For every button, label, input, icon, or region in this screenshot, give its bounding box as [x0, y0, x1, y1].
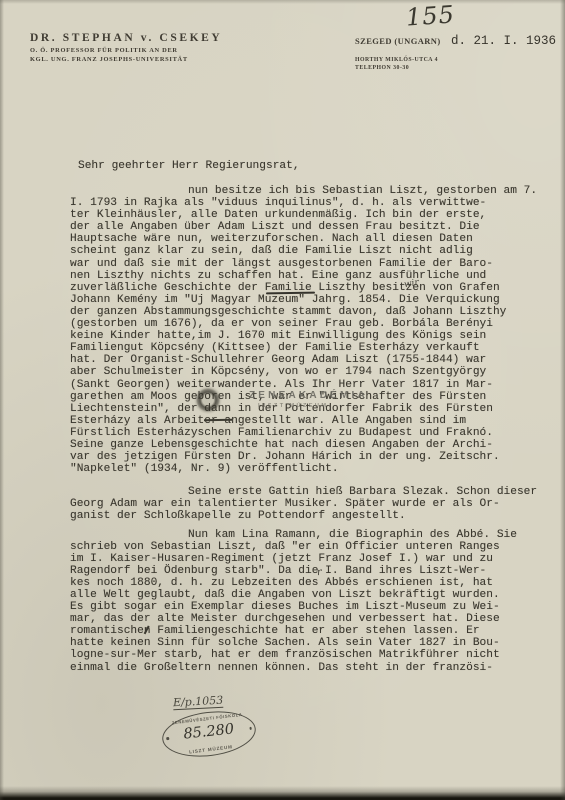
letter-line: ter Kleinhäusler, alle Daten urkundenmäß…: [70, 209, 540, 221]
letter-line: (gestorben um 1676), da er von seiner Fr…: [70, 318, 540, 330]
letter-line: der ganzen Abstammungsgeschichte stammt …: [70, 306, 540, 318]
letter-line: der alle Angaben über Adam Liszt und des…: [70, 221, 540, 233]
letter-line: hatte keinen Sinn für solche Sachen. Als…: [70, 637, 540, 649]
letter-paragraph: Seine erste Gattin hieß Barbara Slezak. …: [70, 486, 540, 522]
letter-line: romantischen Familiengeschichte hat er a…: [70, 625, 540, 637]
oval-accession-stamp: ZENEMŰVÉSZETI FŐISKOLA 85.280 LISZT MÚZE…: [160, 706, 259, 761]
letter-line: var des jetzigen Fürsten Dr. Johann Hári…: [70, 451, 540, 463]
letter-line: nen Liszthy nichts zu schaffen hat. Eine…: [70, 270, 540, 282]
letter-paragraph: Nun kam Lina Ramann, die Biographin des …: [70, 529, 540, 674]
letter-line: (Sankt Georgen) weiterwanderte. Als Ihr …: [70, 379, 540, 391]
letterhead-name: DR. STEPHAN v. CSEKEY: [30, 32, 222, 44]
letterhead-city-date: SZEGED (UNGARN) d. 21. I. 1936: [355, 36, 556, 54]
letter-line: Georg Adam war ein talentierter Musiker.…: [70, 498, 540, 510]
letter-line: Esterházy als Arbeiter angestellt war. A…: [70, 415, 540, 427]
letter-line: kes noch 1880, d. h. zu Lebzeiten des Ab…: [70, 577, 540, 589]
letter-line: "Napkelet" (1934, Nr. 9) veröffentlicht.: [70, 463, 540, 475]
letter-line: I. 1793 in Rajka als "viduus inquilinus"…: [70, 197, 540, 209]
paper-edge-right: [560, 0, 565, 800]
letter-line: Hauptsache wäre nun, weiterzuforschen. N…: [70, 233, 540, 245]
letter-line: im I. Kaiser-Husaren-Regiment (jetzt Fra…: [70, 553, 540, 565]
letter-line: scheint ganz klar zu sein, daß die Famil…: [70, 245, 540, 257]
letter-line: aber Schulmeister in Köpcsény, von wo er…: [70, 366, 540, 378]
letterhead-address: HORTHY MIKLÓS-UTCA 4: [355, 57, 556, 63]
letter-line: Fürstlich Esterházyschen Familienarchiv …: [70, 427, 540, 439]
letter-line: Familiengut Köpcsény (Kittsee) der Famil…: [70, 342, 540, 354]
museum-stamp-subtitle: LISZT MÚZEUM: [258, 403, 328, 409]
embossed-seal-icon: [194, 386, 222, 414]
letterhead-city: SZEGED (UNGARN): [355, 36, 441, 46]
letter-line: mar, das der alte Meister durchgesehen u…: [70, 613, 540, 625]
letter-line: Seine ganze Lebensgeschichte hat nach di…: [70, 439, 540, 451]
letter-line: alle Welt geglaubt, daß die Angaben von …: [70, 589, 540, 601]
letter-line: Nun kam Lina Ramann, die Biographin des …: [70, 529, 540, 541]
letter-line: hat. Der Organist-Schullehrer Georg Adam…: [70, 354, 540, 366]
museum-stamp-title: ZENEAKADÉMIA: [249, 390, 368, 401]
letter-body: nun besitze ich bis Sebastian Liszt, ges…: [70, 185, 540, 674]
paper-edge-top: [0, 0, 565, 4]
salutation: Sehr geehrter Herr Regierungsrat,: [78, 160, 300, 172]
inventory-number: E/p.1053: [173, 694, 224, 711]
letter-line: Ragendorf bei Ödenburg starb". Da die I.…: [70, 565, 540, 577]
letter-line: logne-sur-Mer starb, hat er dem französi…: [70, 649, 540, 661]
typed-date: d. 21. I. 1936: [451, 34, 556, 48]
handwritten-insertion-r: r: [316, 567, 322, 578]
letter-line: schrieb von Sebastian Liszt, daß "er ein…: [70, 541, 540, 553]
handwritten-page-number: 155: [405, 0, 456, 31]
letter-line: Johann Kemény im "Uj Magyar Muzeum" Jahr…: [70, 294, 540, 306]
paper-edge-bottom: [0, 786, 565, 800]
letterhead-phone: TELEPHON 30-30: [355, 65, 556, 71]
letter-page: 155 DR. STEPHAN v. CSEKEY O. Ö. PROFESSO…: [0, 0, 565, 800]
letter-line: ganist der Schloßkapelle zu Pottendorf a…: [70, 510, 540, 522]
letter-paragraph: nun besitze ich bis Sebastian Liszt, ges…: [70, 185, 540, 475]
letter-line: war und daß sie mit der längst ausgestor…: [70, 258, 540, 270]
letter-line: nun besitze ich bis Sebastian Liszt, ges…: [70, 185, 540, 197]
letterhead-role: O. Ö. PROFESSOR FÜR POLITIK AN DER: [30, 47, 222, 54]
letterhead-university: KGL. UNG. FRANZ JOSEPHS-UNIVERSITÄT: [30, 56, 222, 63]
paper-edge-left: [0, 0, 4, 800]
letter-line: Seine erste Gattin hieß Barbara Slezak. …: [70, 486, 540, 498]
letter-line: Es gibt sogar ein Exemplar dieses Buches…: [70, 601, 540, 613]
letterhead-right: SZEGED (UNGARN) d. 21. I. 1936 HORTHY MI…: [355, 36, 556, 71]
oval-stamp-bottom-text: LISZT MÚZEUM: [165, 741, 257, 757]
letter-line: keine Kinder hatte,im J. 1670 mit Einwil…: [70, 330, 540, 342]
letter-line: einmal die Großeltern nennen können. Das…: [70, 662, 540, 674]
letterhead-left: DR. STEPHAN v. CSEKEY O. Ö. PROFESSOR FÜ…: [30, 32, 222, 63]
